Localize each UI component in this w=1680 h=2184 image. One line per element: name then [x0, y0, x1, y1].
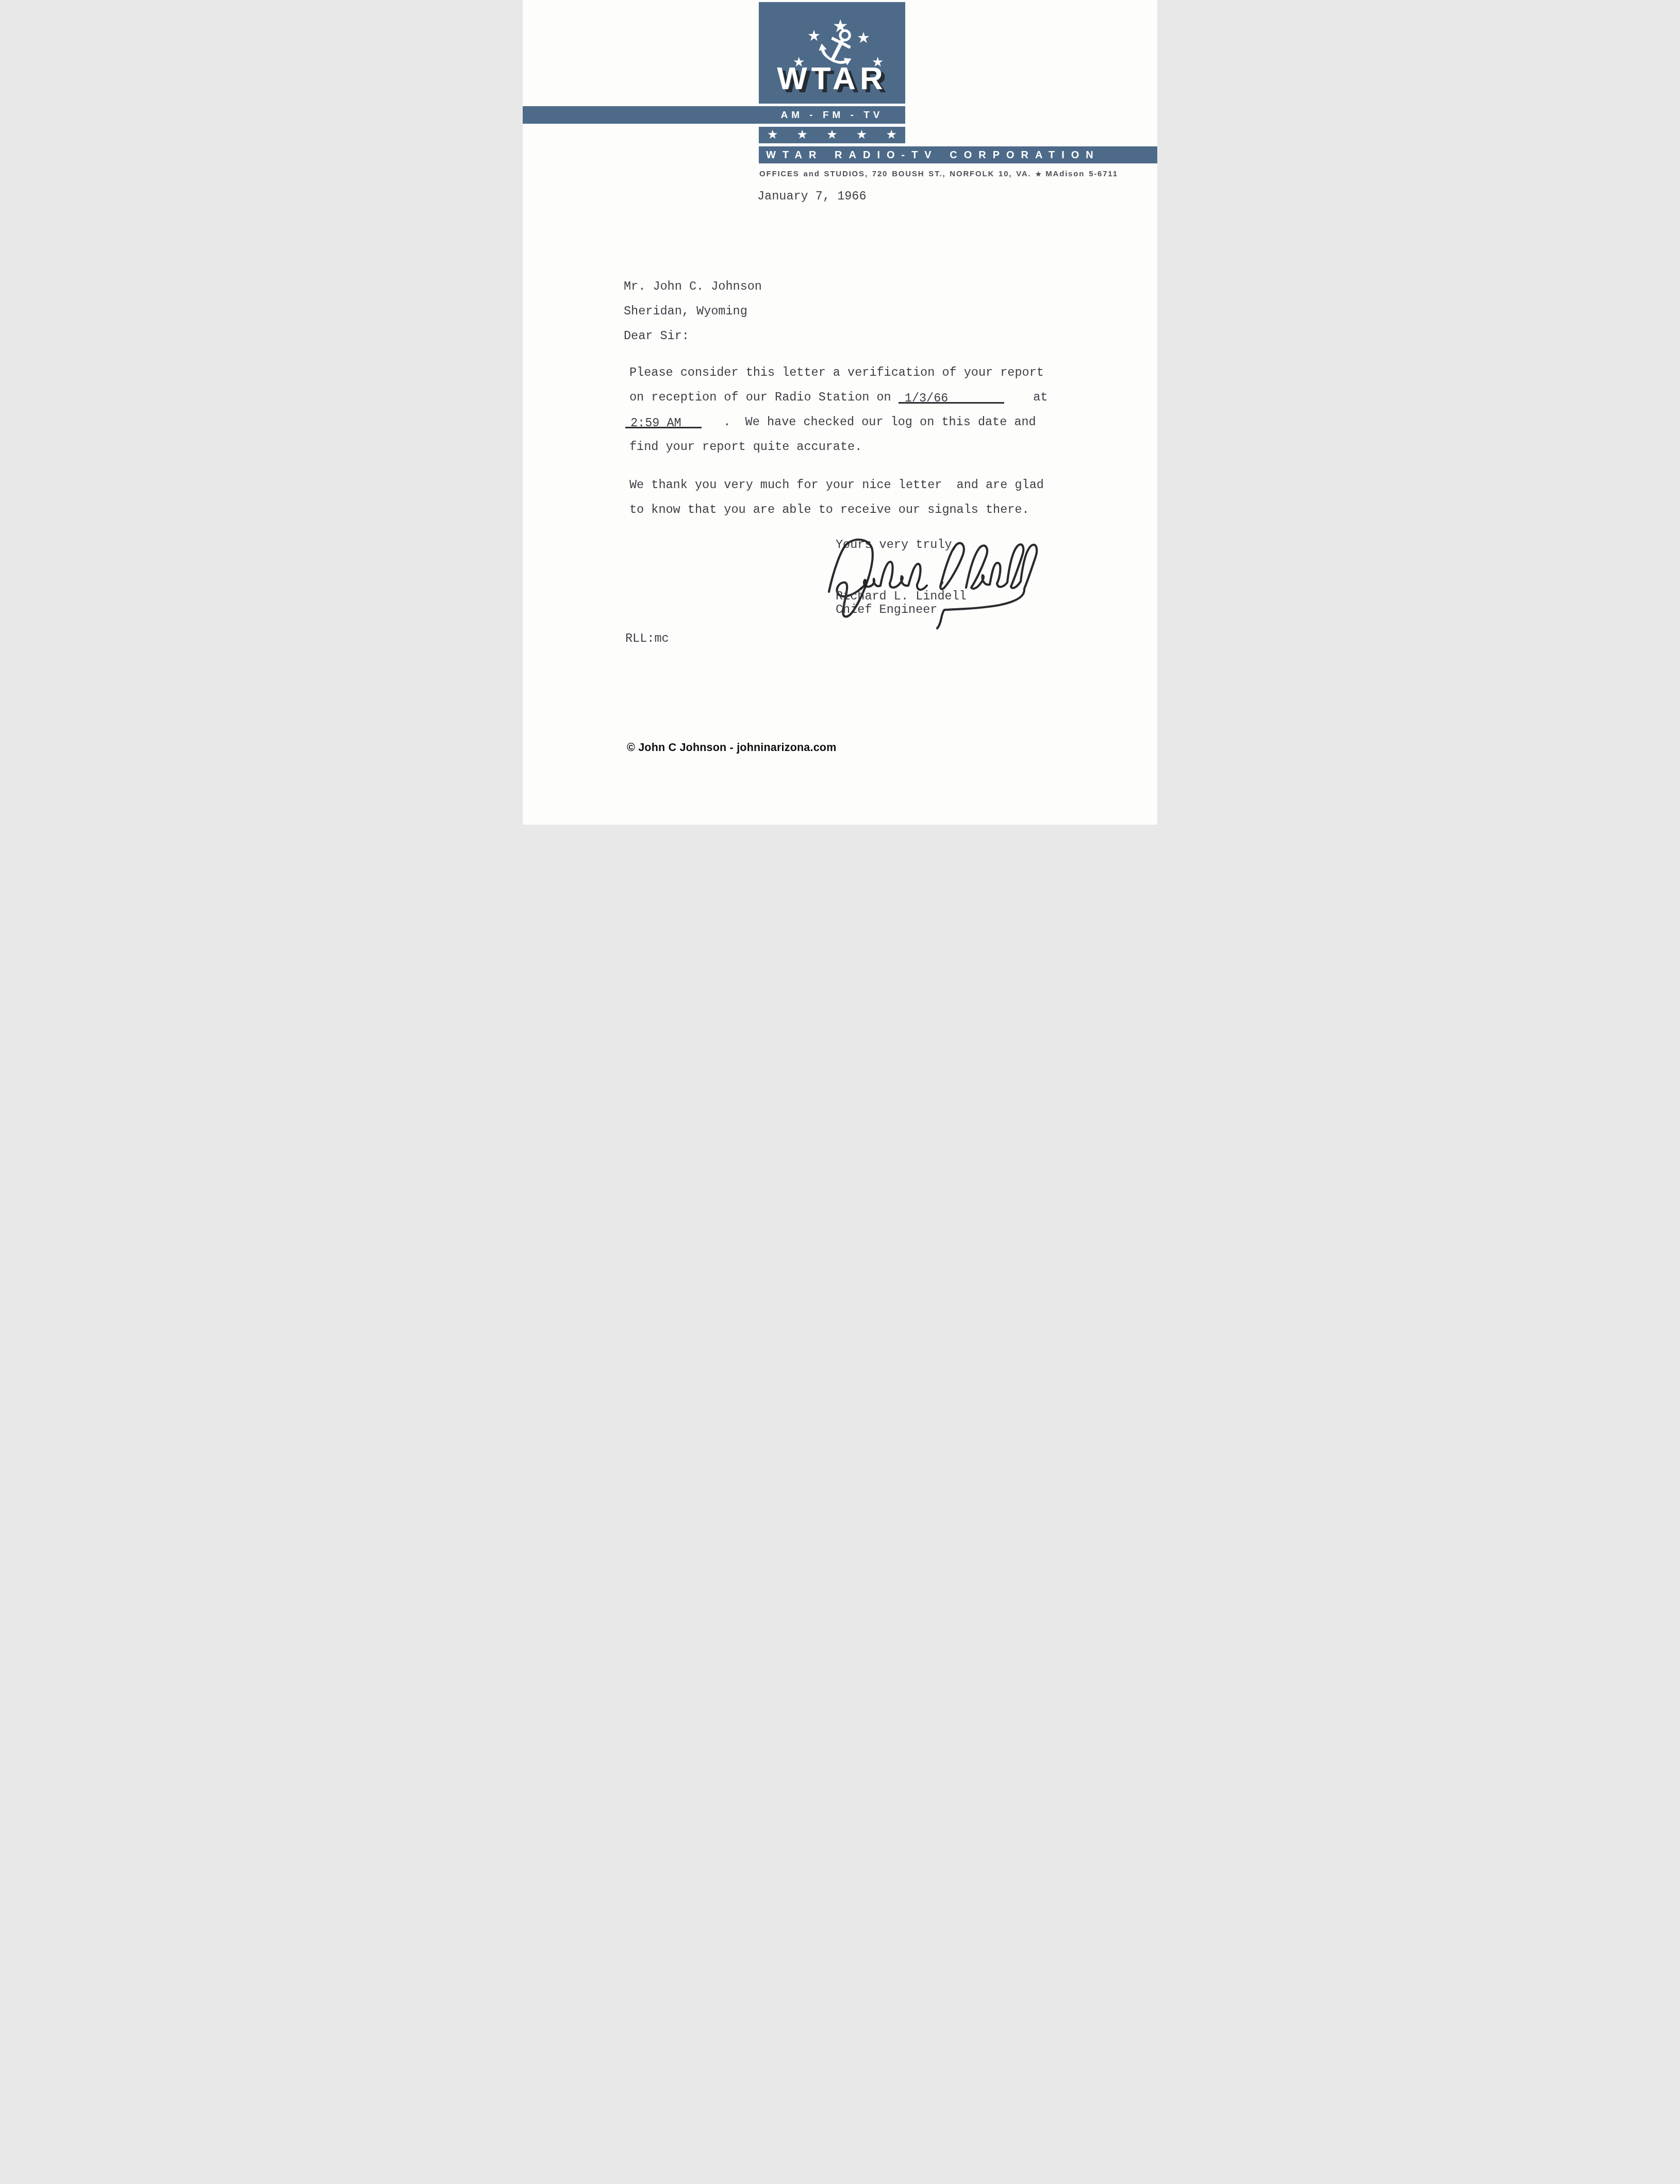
star-icon: ★: [797, 129, 808, 141]
body-text: . We have checked our log on this date a…: [702, 415, 1036, 429]
reception-date-blank: 1/3/66: [899, 391, 1004, 404]
wtar-logo: ★ ★ ★ ★ ★ ⚓ WTAR: [759, 2, 905, 104]
reception-time-blank: 2:59 AM: [625, 415, 702, 428]
body-line: on reception of our Radio Station on 1/3…: [629, 391, 1047, 405]
recipient-name: Mr. John C. Johnson: [624, 280, 762, 294]
body-line: 2:59 AM . We have checked our log on thi…: [629, 415, 1036, 430]
phone-number: MAdison 5-6711: [1045, 170, 1118, 178]
body-line: We thank you very much for your nice let…: [629, 478, 1044, 493]
body-line: Please consider this letter a verificati…: [629, 366, 1044, 380]
salutation: Dear Sir:: [624, 329, 689, 344]
signer-title: Chief Engineer: [836, 603, 937, 618]
amfmtv-band: AM - FM - TV: [523, 106, 905, 124]
reception-time-value: 2:59 AM: [630, 416, 681, 430]
station-wordmark: WTAR: [759, 63, 905, 95]
body-text: at: [1004, 391, 1048, 405]
letter-date: January 7, 1966: [757, 190, 867, 204]
body-line: to know that you are able to receive our…: [629, 503, 1029, 518]
star-icon: ★: [1032, 170, 1046, 178]
letter-page: ★ ★ ★ ★ ★ ⚓ WTAR AM - FM - TV ★ ★ ★ ★ ★ …: [523, 0, 1157, 825]
star-icon: ★: [767, 129, 778, 141]
address-text: OFFICES and STUDIOS, 720 BOUSH ST., NORF…: [759, 170, 1032, 178]
star-icon: ★: [856, 129, 868, 141]
reference-initials: RLL:mc: [625, 632, 669, 646]
signer-name: Richard L. Lindell: [836, 590, 967, 604]
copyright-credit: © John C Johnson - johninarizona.com: [627, 741, 836, 754]
body-text: on reception of our Radio Station on: [629, 391, 899, 405]
star-icon: ★: [886, 129, 897, 141]
letterhead-address: OFFICES and STUDIOS, 720 BOUSH ST., NORF…: [759, 170, 1151, 178]
corporation-bar: WTAR RADIO-TV CORPORATION: [759, 146, 1157, 163]
stars-band: ★ ★ ★ ★ ★: [759, 127, 905, 143]
amfmtv-label: AM - FM - TV: [759, 106, 905, 124]
star-icon: ★: [826, 129, 838, 141]
recipient-city: Sheridan, Wyoming: [624, 305, 747, 319]
reception-date-value: 1/3/66: [905, 392, 949, 406]
body-line: find your report quite accurate.: [629, 440, 862, 455]
